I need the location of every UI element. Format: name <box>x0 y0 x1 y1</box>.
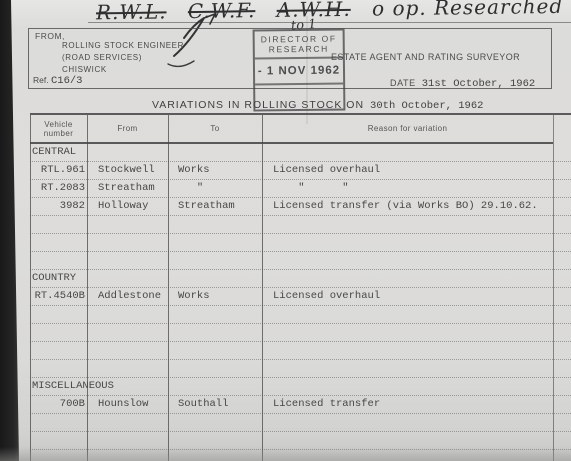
vehicle-number-cell: 3982 <box>30 198 85 215</box>
sender-line: ROLLING STOCK ENGINEER <box>62 40 184 52</box>
from-cell: Holloway <box>98 198 148 215</box>
to-cell: Works <box>178 162 210 179</box>
empty-row <box>30 216 571 234</box>
section-row-miscellaneous: MISCELLANEOUS <box>30 378 571 396</box>
reason-cell: Licensed overhaul <box>273 162 380 179</box>
to-cell: Works <box>178 288 210 305</box>
ref-label: Ref. <box>33 75 49 85</box>
table-row: RT.4540B Addlestone Works Licensed overh… <box>30 288 571 306</box>
from-label: FROM, <box>35 31 65 41</box>
scan-bottom-shadow <box>0 447 571 461</box>
table-body: CENTRAL RTL.961 Stockwell Works Licensed… <box>30 144 571 461</box>
title-typed-date: 30th October, 1962 <box>370 100 483 112</box>
date-label: DATE <box>390 78 416 88</box>
reference-line: Ref. C16/3 <box>33 75 82 87</box>
column-header-to: To <box>168 115 262 142</box>
header-line: number <box>30 129 87 138</box>
to-cell: Streatham <box>178 198 235 215</box>
reason-cell: Licensed overhaul <box>273 288 380 305</box>
empty-row <box>30 306 571 324</box>
handwritten-initials: R.W.L. <box>96 0 167 24</box>
section-label: COUNTRY <box>32 270 76 287</box>
ref-value: C16/3 <box>51 75 83 87</box>
column-header-reason: Reason for variation <box>262 115 553 142</box>
table-row: 3982 Holloway Streatham Licensed transfe… <box>30 198 571 216</box>
section-row-central: CENTRAL <box>30 144 571 162</box>
scanned-document-page: R.W.L. C.W.F. A.W.H. o op. Researched to… <box>0 0 571 461</box>
table-border-left <box>30 115 31 461</box>
header-line: Vehicle <box>30 120 87 129</box>
reason-cell: Licensed transfer <box>273 396 380 413</box>
document-title: VARIATIONS IN ROLLING STOCK ON30th Octob… <box>152 95 483 113</box>
reason-cell-ditto: " " <box>273 180 349 197</box>
from-cell: Hounslow <box>98 396 148 413</box>
scan-edge-shadow <box>0 0 20 461</box>
column-header-from: From <box>87 115 168 142</box>
reason-cell: Licensed transfer (via Works BO) 29.10.6… <box>273 198 538 215</box>
variations-table: Vehicle number From To Reason for variat… <box>30 113 571 461</box>
date-value: 31st October, 1962 <box>422 78 535 90</box>
recipient-title: ESTATE AGENT AND RATING SURVEYOR <box>331 52 520 62</box>
stamp-line2: RESEARCH <box>255 44 343 55</box>
sender-address: ROLLING STOCK ENGINEER (ROAD SERVICES) C… <box>62 40 184 76</box>
sender-line: (ROAD SERVICES) <box>62 52 184 64</box>
section-row-country: COUNTRY <box>30 270 571 288</box>
column-divider <box>87 115 88 461</box>
vehicle-number-cell: RT.2083 <box>30 180 85 197</box>
stamp-date: - 1 NOV 1962 <box>255 59 343 86</box>
table-row: 700B Hounslow Southall Licensed transfer <box>30 396 571 414</box>
to-cell: Southall <box>178 396 228 413</box>
from-cell: Streatham <box>98 180 155 197</box>
section-label: CENTRAL <box>32 144 76 161</box>
table-row: RT.2083 Streatham " " " <box>30 180 571 198</box>
date-line: DATE31st October, 1962 <box>390 73 535 91</box>
empty-row <box>30 234 571 252</box>
empty-row <box>30 414 571 432</box>
to-cell-ditto: " <box>178 180 203 197</box>
vehicle-number-cell: RT.4540B <box>30 288 85 305</box>
section-label: MISCELLANEOUS <box>32 378 114 395</box>
from-cell: Stockwell <box>98 162 155 179</box>
empty-row <box>30 342 571 360</box>
title-printed-text: VARIATIONS IN ROLLING STOCK ON <box>152 99 364 111</box>
vehicle-number-cell: RTL.961 <box>30 162 85 179</box>
column-divider <box>168 115 169 461</box>
handwritten-routing-note: o op. Researched <box>372 0 563 21</box>
empty-row <box>30 252 571 270</box>
empty-row <box>30 324 571 342</box>
from-cell: Addlestone <box>98 288 161 305</box>
stamp-office-name: DIRECTOR OF RESEARCH <box>255 31 343 60</box>
column-header-vehicle-number: Vehicle number <box>30 115 87 142</box>
stamp-line1: DIRECTOR OF <box>255 34 343 45</box>
table-row: RTL.961 Stockwell Works Licensed overhau… <box>30 162 571 180</box>
table-header-row: Vehicle number From To Reason for variat… <box>30 115 553 144</box>
vehicle-number-cell: 700B <box>30 396 85 413</box>
column-divider <box>262 115 263 461</box>
table-border-right <box>553 115 554 461</box>
empty-row <box>30 360 571 378</box>
